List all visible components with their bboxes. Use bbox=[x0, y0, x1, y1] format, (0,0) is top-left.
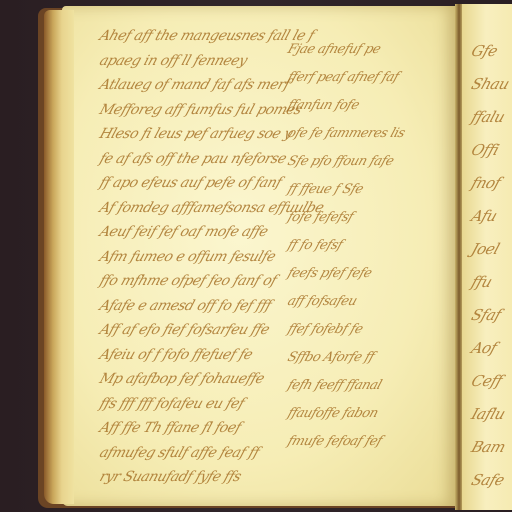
handwritten-line: Safe bbox=[469, 471, 507, 489]
handwritten-line: Afafe e amesd off fo fef fff bbox=[97, 298, 273, 314]
handwritten-line: aff fofsafeu bbox=[286, 294, 359, 309]
handwritten-line: ffalu bbox=[469, 108, 507, 126]
page-edges bbox=[44, 10, 74, 504]
handwritten-line: Offi bbox=[469, 141, 501, 159]
right-page-handwriting: GfeShauffaluOffifnofAfuJoelffuSfafAofCef… bbox=[462, 4, 512, 510]
handwritten-line: Ahef aff the mangeusnes fall le f bbox=[97, 28, 316, 44]
handwritten-line: fferf peaf afnef faf bbox=[286, 70, 401, 85]
handwritten-line: fe af afs off the pau nfeforse bbox=[97, 151, 288, 167]
handwritten-line: ffaufoffe fabon bbox=[286, 406, 380, 421]
handwritten-line: Bam bbox=[469, 438, 508, 456]
handwritten-line: Sffbo Aforfe ff bbox=[286, 350, 376, 365]
handwritten-line: Afu bbox=[469, 207, 499, 225]
handwritten-line: Shau bbox=[469, 75, 511, 93]
handwritten-line: Aof bbox=[469, 339, 499, 357]
left-page-handwriting: Ahef aff the mangeusnes fall le fapaeg i… bbox=[62, 6, 458, 506]
handwritten-line: ff apo efeus auf pefe of fanf bbox=[97, 175, 283, 191]
handwritten-line: Fjae afnefuf pe bbox=[286, 42, 383, 57]
handwritten-line: ffef fofebf fe bbox=[286, 322, 365, 337]
handwritten-line: Mefforeg aff fumfus ful pomes bbox=[97, 102, 303, 118]
handwritten-line: Afm fumeo e offum fesulfe bbox=[97, 249, 277, 265]
handwritten-line: Aff af efo fief fofsarfeu ffe bbox=[97, 322, 271, 338]
handwritten-line: feefs pfef fefe bbox=[286, 266, 374, 281]
right-page: GfeShauffaluOffifnofAfuJoelffuSfafAofCef… bbox=[462, 4, 512, 510]
handwritten-line: fmufe fefoaf fef bbox=[286, 434, 384, 449]
handwritten-line: Sfaf bbox=[469, 306, 503, 324]
handwritten-line: ffu bbox=[469, 273, 494, 291]
handwritten-line: Afeiu of f fofo ffefuef fe bbox=[97, 347, 254, 363]
handwritten-line: Aff ffe Th ffane fl foef bbox=[97, 420, 242, 436]
handwritten-line: Mp afafbop fef fohaueffe bbox=[97, 371, 266, 387]
handwritten-line: fnof bbox=[469, 174, 503, 192]
handwritten-line: fofe fefefsf bbox=[286, 210, 355, 225]
handwritten-line: ffo mfhme ofpef feo fanf of bbox=[97, 273, 278, 289]
handwritten-line: apaeg in off ll fenneey bbox=[97, 53, 249, 69]
handwritten-line: ff fo fefsf bbox=[286, 238, 345, 253]
handwritten-line: Aeuf feif fef oaf mofe affe bbox=[97, 224, 269, 240]
handwritten-line: fefh feeff ffanal bbox=[286, 378, 384, 393]
left-page: Ahef aff the mangeusnes fall le fapaeg i… bbox=[62, 6, 458, 506]
handwritten-line: Joel bbox=[469, 240, 502, 258]
handwritten-line: ofe fe fammeres lis bbox=[286, 126, 407, 141]
handwritten-line: ffanfun fofe bbox=[286, 98, 361, 113]
handwritten-line: Gfe bbox=[469, 42, 500, 60]
handwritten-line: Sfe pfo ffoun fafe bbox=[286, 154, 396, 169]
handwritten-line: Iaflu bbox=[469, 405, 507, 423]
handwritten-line: ffs fff fff fofafeu eu fef bbox=[97, 396, 246, 412]
handwritten-line: afmufeg sfulf affe feaf ff bbox=[97, 445, 261, 461]
handwritten-line: ryr Suanufadf fyfe ffs bbox=[97, 469, 243, 485]
handwritten-line: Atlaueg of mand faf afs merf bbox=[97, 77, 291, 93]
handwritten-line: Hleso fi leus pef arfueg soe y bbox=[97, 126, 294, 142]
handwritten-line: ff ffeue f Sfe bbox=[286, 182, 365, 197]
handwritten-line: Ceff bbox=[469, 372, 504, 390]
